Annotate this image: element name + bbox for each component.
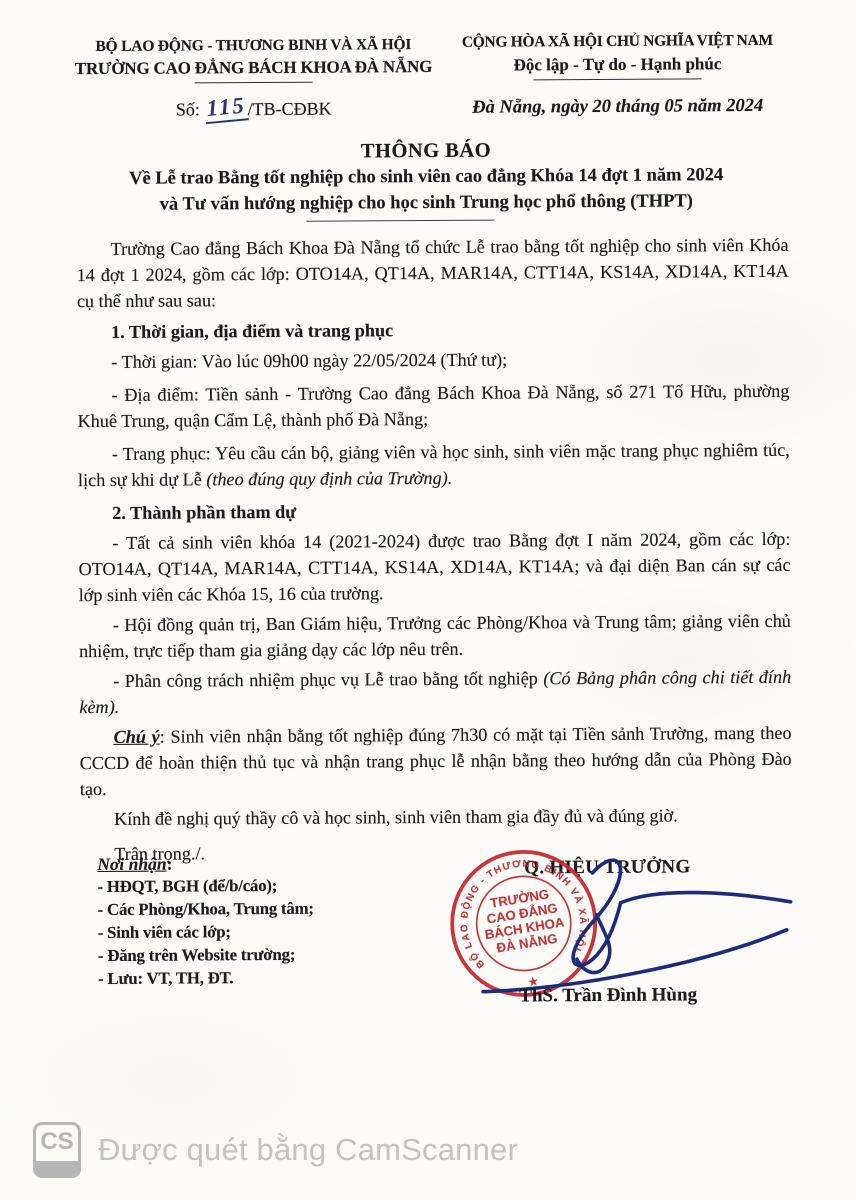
- document-subtitle-line1: Về Lễ trao Bằng tốt nghiệp cho sinh viên…: [0, 163, 854, 191]
- place-date-line: Đà Nẵng, ngày 20 tháng 05 năm 2024: [446, 96, 790, 119]
- camscanner-icon-bar: [36, 1161, 78, 1175]
- note-text: : Sinh viên nhận bằng tốt nghiệp đúng 7h…: [80, 723, 792, 799]
- scanned-document-page: BỘ LAO ĐỘNG - THƯƠNG BINH VÀ XÃ HỘI TRƯỜ…: [0, 0, 856, 1200]
- section2-heading: 2. Thành phần tham dự: [78, 496, 790, 526]
- section1-place: - Địa điểm: Tiền sảnh - Trường Cao đẳng …: [77, 378, 789, 434]
- motto-underline: [534, 78, 702, 80]
- camscanner-icon: CS: [33, 1122, 81, 1178]
- signer-name: ThS. Trần Đình Hùng: [433, 984, 783, 1008]
- recipients-colon: :: [166, 854, 172, 874]
- section2-assign-main: - Phân công trách nhiệm phục vụ Lễ trao …: [113, 668, 543, 691]
- section2-students: - Tất cả sinh viên khóa 14 (2021-2024) đ…: [78, 526, 790, 608]
- signature-scribble: [446, 850, 795, 1002]
- note-label: Chú ý: [114, 727, 160, 747]
- document-number-label: Số:: [176, 99, 200, 119]
- document-title: THÔNG BÁO: [0, 137, 854, 165]
- recipient-item: - Lưu: VT, TH, ĐT.: [98, 965, 408, 990]
- title-block: THÔNG BÁO Về Lễ trao Bằng tốt nghiệp cho…: [0, 137, 854, 223]
- section1-heading: 1. Thời gian, địa điểm và trang phục: [77, 315, 789, 345]
- section1-dress: - Trang phục: Yêu cầu cán bộ, giảng viên…: [78, 437, 790, 493]
- recipient-item: - HĐQT, BGH (để/b/cáo);: [97, 873, 407, 898]
- section1-time: - Thời gian: Vào lúc 09h00 ngày 22/05/20…: [77, 345, 789, 375]
- camscanner-watermark: CS Được quét bằng CamScanner: [33, 1122, 518, 1178]
- document-number-suffix: /TB-CĐBK: [248, 99, 332, 120]
- title-underline: [306, 220, 494, 222]
- section1-dress-italic: (theo đúng quy định của Trường).: [206, 468, 452, 490]
- section2-assignment: - Phân công trách nhiệm phục vụ Lễ trao …: [79, 664, 791, 720]
- org-name: TRƯỜNG CAO ĐẲNG BÁCH KHOA ĐÀ NẴNG: [67, 57, 439, 79]
- org-underline: [195, 82, 313, 84]
- recipient-item: - Đăng trên Website trường;: [98, 942, 408, 967]
- note-paragraph: Chú ý: Sinh viên nhận bằng tốt nghiệp đú…: [79, 720, 791, 802]
- national-motto-line1: CỘNG HÒA XÃ HỘI CHỦ NGHĨA VIỆT NAM: [445, 32, 789, 52]
- section2-assign-end: ).: [109, 697, 120, 717]
- recipient-item: - Sinh viên các lớp;: [98, 919, 408, 944]
- recipient-item: - Các Phòng/Khoa, Trung tâm;: [98, 896, 408, 921]
- document-number-handwritten: 115: [203, 92, 249, 124]
- camscanner-watermark-text: Được quét bằng CamScanner: [98, 1132, 518, 1168]
- document-subtitle-line2: và Tư vấn hướng nghiệp cho học sinh Trun…: [0, 189, 854, 217]
- org-parent-name: BỘ LAO ĐỘNG - THƯƠNG BINH VÀ XÃ HỘI: [67, 36, 439, 56]
- recipients-block: Nơi nhận: - HĐQT, BGH (để/b/cáo); - Các …: [97, 852, 408, 990]
- request-paragraph: Kính đề nghị quý thầy cô và học sinh, si…: [80, 802, 792, 832]
- intro-paragraph: Trường Cao đẳng Bách Khoa Đà Nẵng tổ chứ…: [77, 232, 789, 314]
- section2-staff: - Hội đồng quản trị, Ban Giám hiệu, Trưở…: [79, 608, 791, 664]
- issuing-org-block: BỘ LAO ĐỘNG - THƯƠNG BINH VÀ XÃ HỘI TRƯỜ…: [67, 36, 439, 84]
- document-body: Trường Cao đẳng Bách Khoa Đà Nẵng tổ chứ…: [77, 232, 793, 871]
- document-number-line: Số: 115/TB-CĐBK: [68, 94, 440, 124]
- national-header-block: CỘNG HÒA XÃ HỘI CHỦ NGHĨA VIỆT NAM Độc l…: [445, 32, 789, 81]
- recipients-label: Nơi nhận: [97, 854, 166, 874]
- national-motto-line2: Độc lập - Tự do - Hạnh phúc: [445, 54, 789, 76]
- camscanner-icon-letters: CS: [36, 1128, 78, 1156]
